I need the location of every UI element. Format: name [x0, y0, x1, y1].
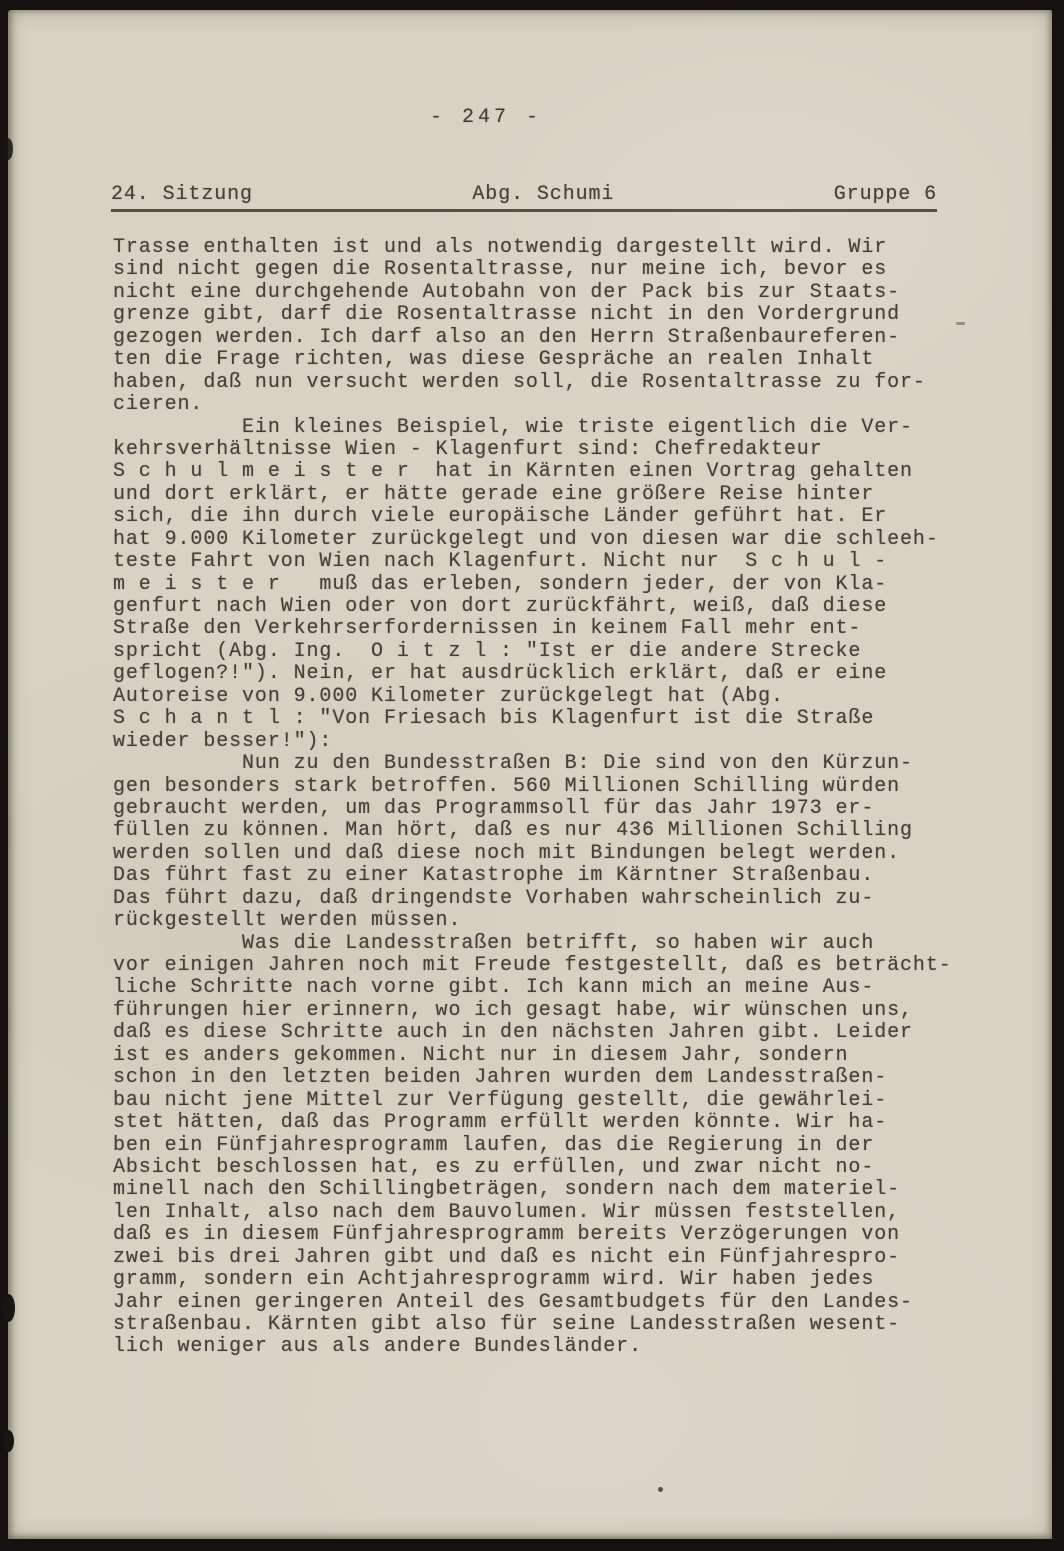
- text-line: sich, die ihn durch viele europäische Lä…: [113, 506, 993, 528]
- text-line: daß es in diesem Fünfjahresprogramm bere…: [113, 1224, 993, 1246]
- text-line: werden sollen und daß diese noch mit Bin…: [113, 843, 993, 865]
- text-line: straßenbau. Kärnten gibt also für seine …: [113, 1314, 993, 1336]
- text-line: daß es diese Schritte auch in den nächst…: [113, 1022, 993, 1044]
- header-speaker-label: Abg. Schumi: [472, 183, 614, 206]
- text-line: geflogen?!"). Nein, er hat ausdrücklich …: [113, 663, 993, 685]
- text-line: füllen zu können. Man hört, daß es nur 4…: [113, 820, 993, 842]
- page-header: 24. Sitzung Abg. Schumi Gruppe 6: [111, 183, 937, 212]
- scan-artifact-speck: [956, 322, 965, 325]
- text-line: führungen hier erinnern, wo ich gesagt h…: [113, 1000, 993, 1022]
- scan-artifact-blob: [3, 1430, 14, 1452]
- text-line: teste Fahrt von Wien nach Klagenfurt. Ni…: [113, 551, 993, 573]
- header-group-label: Gruppe 6: [834, 183, 937, 206]
- header-session-label: 24. Sitzung: [111, 183, 253, 206]
- text-line: Nun zu den Bundesstraßen B: Die sind von…: [113, 753, 993, 775]
- text-line: nicht eine durchgehende Autobahn von der…: [113, 282, 993, 304]
- scan-artifact-blob: [2, 1294, 15, 1322]
- text-line: S c h a n t l : "Von Friesach bis Klagen…: [113, 708, 993, 730]
- text-line: Das führt dazu, daß dringendste Vorhaben…: [113, 888, 993, 910]
- text-line: Autoreise von 9.000 Kilometer zurückgele…: [113, 686, 993, 708]
- text-line: gebraucht werden, um das Programmsoll fü…: [113, 798, 993, 820]
- text-line: sind nicht gegen die Rosentaltrasse, nur…: [113, 259, 993, 281]
- text-line: und dort erklärt, er hätte gerade eine g…: [113, 484, 993, 506]
- body-text: Trasse enthalten ist und als notwendig d…: [113, 237, 993, 1359]
- text-line: haben, daß nun versucht werden soll, die…: [113, 372, 993, 394]
- text-line: len Inhalt, also nach dem Bauvolumen. Wi…: [113, 1202, 993, 1224]
- text-line: ben ein Fünfjahresprogramm laufen, das d…: [113, 1135, 993, 1157]
- text-line: Ein kleines Beispiel, wie triste eigentl…: [113, 417, 993, 439]
- text-line: Trasse enthalten ist und als notwendig d…: [113, 237, 993, 259]
- scan-artifact-blob: [3, 138, 13, 160]
- text-line: Was die Landesstraßen betrifft, so haben…: [113, 933, 993, 955]
- text-line: S c h u l m e i s t e r hat in Kärnten e…: [113, 461, 993, 483]
- text-line: ist es anders gekommen. Nicht nur in die…: [113, 1045, 993, 1067]
- text-line: zwei bis drei Jahren gibt und daß es nic…: [113, 1247, 993, 1269]
- text-line: cieren.: [113, 394, 993, 416]
- text-line: hat 9.000 Kilometer zurückgelegt und von…: [113, 529, 993, 551]
- text-line: m e i s t e r muß das erleben, sondern j…: [113, 574, 993, 596]
- text-line: Jahr einen geringeren Anteil des Gesamtb…: [113, 1292, 993, 1314]
- text-line: vor einigen Jahren noch mit Freude festg…: [113, 955, 993, 977]
- scan-artifact-speck: [658, 1487, 663, 1492]
- text-line: Das führt fast zu einer Katastrophe im K…: [113, 865, 993, 887]
- text-line: gezogen werden. Ich darf also an den Her…: [113, 327, 993, 349]
- paper-sheet: - 247 - 24. Sitzung Abg. Schumi Gruppe 6…: [8, 10, 1052, 1539]
- text-line: lich weniger aus als andere Bundesländer…: [113, 1336, 993, 1358]
- text-line: gramm, sondern ein Achtjahresprogramm wi…: [113, 1269, 993, 1291]
- page-number: - 247 -: [430, 106, 542, 129]
- text-line: minell nach den Schillingbeträgen, sonde…: [113, 1179, 993, 1201]
- text-line: genfurt nach Wien oder von dort zurückfä…: [113, 596, 993, 618]
- text-line: Absicht beschlossen hat, es zu erfüllen,…: [113, 1157, 993, 1179]
- text-line: wieder besser!"):: [113, 731, 993, 753]
- text-line: spricht (Abg. Ing. O i t z l : "Ist er d…: [113, 641, 993, 663]
- text-line: grenze gibt, darf die Rosentaltrasse nic…: [113, 304, 993, 326]
- text-line: schon in den letzten beiden Jahren wurde…: [113, 1067, 993, 1089]
- text-line: stet hätten, daß das Programm erfüllt we…: [113, 1112, 993, 1134]
- text-line: Straße den Verkehrserfordernissen in kei…: [113, 618, 993, 640]
- text-line: gen besonders stark betroffen. 560 Milli…: [113, 776, 993, 798]
- text-line: bau nicht jene Mittel zur Verfügung gest…: [113, 1090, 993, 1112]
- text-line: liche Schritte nach vorne gibt. Ich kann…: [113, 977, 993, 999]
- text-line: kehrsverhältnisse Wien - Klagenfurt sind…: [113, 439, 993, 461]
- text-line: rückgestellt werden müssen.: [113, 910, 993, 932]
- text-line: ten die Frage richten, was diese Gespräc…: [113, 349, 993, 371]
- scanned-document: - 247 - 24. Sitzung Abg. Schumi Gruppe 6…: [0, 0, 1064, 1551]
